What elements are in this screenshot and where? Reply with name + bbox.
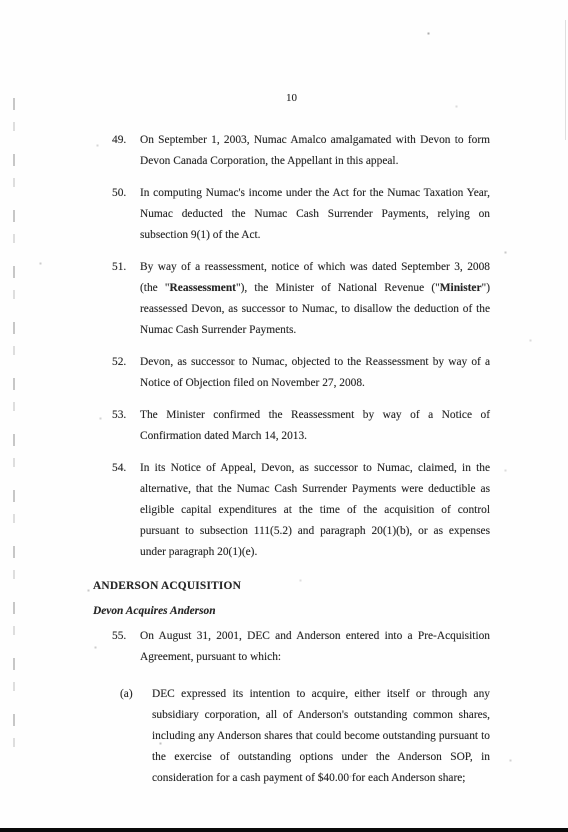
text-run: "), the Minister of National Revenue (" (236, 282, 440, 294)
paragraph-53: 53. The Minister confirmed the Reassessm… (93, 405, 490, 447)
defined-term-minister: Minister (440, 282, 482, 294)
paragraph-49-number: 49. (93, 130, 140, 172)
paragraph-51-text: By way of a reassessment, notice of whic… (140, 257, 490, 341)
subparagraph-a: (a) DEC expressed its intention to acqui… (93, 684, 490, 789)
subsection-heading-devon-acquires-anderson: Devon Acquires Anderson (93, 601, 490, 622)
page-number: 10 (93, 88, 490, 109)
paragraph-52-text: Devon, as successor to Numac, objected t… (140, 352, 490, 394)
paragraph-55-number: 55. (93, 626, 140, 668)
paragraph-51-number: 51. (93, 257, 140, 341)
paragraph-53-number: 53. (93, 405, 140, 447)
section-heading-anderson-acquisition: ANDERSON ACQUISITION (93, 576, 490, 597)
subparagraph-a-marker: (a) (93, 684, 152, 789)
paragraph-52: 52. Devon, as successor to Numac, object… (93, 352, 490, 394)
defined-term-reassessment: Reassessment (170, 282, 236, 294)
paragraph-49: 49. On September 1, 2003, Numac Amalco a… (93, 130, 490, 172)
paragraph-50-text: In computing Numac's income under the Ac… (140, 183, 490, 246)
paragraph-53-text: The Minister confirmed the Reassessment … (140, 405, 490, 447)
right-scan-edge-artifact (565, 20, 566, 140)
document-content: 10 49. On September 1, 2003, Numac Amalc… (93, 88, 490, 800)
paragraph-49-text: On September 1, 2003, Numac Amalco amalg… (140, 130, 490, 172)
left-scan-edge-artifact (13, 98, 15, 770)
paragraph-54-number: 54. (93, 458, 140, 563)
paragraph-54: 54. In its Notice of Appeal, Devon, as s… (93, 458, 490, 563)
paragraph-50: 50. In computing Numac's income under th… (93, 183, 490, 246)
scan-bottom-edge (0, 828, 568, 832)
paragraph-50-number: 50. (93, 183, 140, 246)
scan-noise-specks (0, 0, 1, 1)
paragraph-51: 51. By way of a reassessment, notice of … (93, 257, 490, 341)
paragraph-54-text: In its Notice of Appeal, Devon, as succe… (140, 458, 490, 563)
paragraph-55: 55. On August 31, 2001, DEC and Anderson… (93, 626, 490, 668)
scanned-document-page: 10 49. On September 1, 2003, Numac Amalc… (0, 0, 568, 832)
paragraph-52-number: 52. (93, 352, 140, 394)
paragraph-55-text: On August 31, 2001, DEC and Anderson ent… (140, 626, 490, 668)
subparagraph-a-text: DEC expressed its intention to acquire, … (152, 684, 490, 789)
